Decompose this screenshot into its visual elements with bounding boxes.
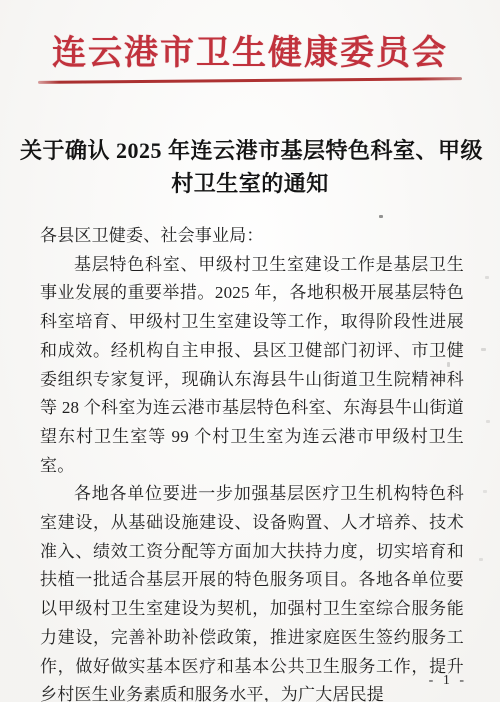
notice-title-line-1: 关于确认 2025 年连云港市基层特色科室、甲级 [20,134,480,167]
document-page: 连云港市卫生健康委员会 关于确认 2025 年连云港市基层特色科室、甲级 村卫生… [0,0,500,702]
scan-speck [447,362,450,367]
salutation: 各县区卫健委、社会事业局： [40,222,464,251]
scan-speck [479,558,483,561]
notice-title: 关于确认 2025 年连云港市基层特色科室、甲级 村卫生室的通知 [20,134,480,200]
scan-speck [486,420,490,423]
red-divider-line [38,77,462,83]
body-paragraph-1: 基层特色科室、甲级村卫生室建设工作是基层卫生事业发展的重要举措。2025 年，各… [40,251,464,481]
scan-speck [481,348,486,351]
scan-speck [485,276,489,279]
org-header: 连云港市卫生健康委员会 [0,25,500,74]
scan-speck [483,490,487,493]
notice-body: 各县区卫健委、社会事业局： 基层特色科室、甲级村卫生室建设工作是基层卫生事业发展… [40,222,464,702]
notice-title-line-2: 村卫生室的通知 [20,167,480,200]
scan-speck [379,215,383,218]
page-number: - 1 - [429,673,467,689]
body-paragraph-2: 各地各单位要进一步加强基层医疗卫生机构特色科室建设，从基础设施建设、设备购置、人… [40,480,464,702]
